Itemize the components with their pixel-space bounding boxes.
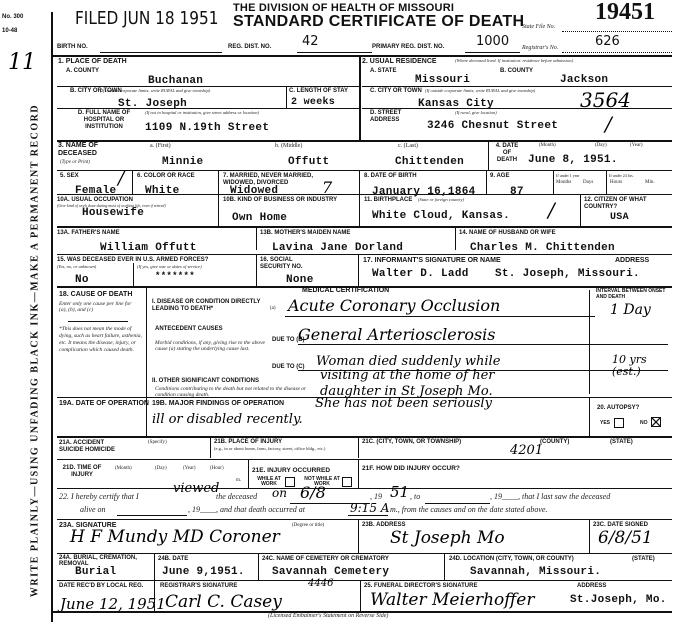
business: Own Home (232, 212, 287, 224)
armed-forces-note: (Yes, no, or unknown) (57, 264, 96, 270)
informant-address-label: ADDRESS (615, 257, 649, 264)
injury-state-label: (STATE) (610, 439, 633, 446)
antecedent-causes-label: ANTECEDENT CAUSES (155, 326, 223, 333)
length-of-stay-label: c. LENGTH OF STAY (289, 88, 348, 95)
hours-label: Hours (610, 180, 622, 186)
date-of-birth-label: 8. DATE OF BIRTH (364, 173, 417, 180)
months-label: Months (556, 180, 571, 186)
autopsy-no-checkbox[interactable] (651, 417, 661, 427)
physician-address: St Joseph Mo (390, 528, 505, 548)
accident-specify: (Specify) (148, 440, 167, 446)
local-reg-date-label: DATE REC'D BY LOCAL REG. (59, 583, 149, 590)
registrar-no: 626 (595, 34, 620, 49)
place-of-death-label: 1. PLACE OF DEATH (58, 58, 127, 65)
burial-date: June 9,1951. (162, 566, 245, 578)
operation-date-label: 19a. DATE OF OPERATION (59, 400, 149, 407)
hospital-label: d. FULL NAME OF HOSPITAL OR INSTITUTION (70, 110, 138, 131)
filed-stamp: FILED JUN 18 1951 (75, 8, 218, 29)
cause-c: Woman died suddenly while (316, 354, 500, 369)
state-file-number: 19451 (595, 0, 655, 26)
certify-date: 6/8 (300, 483, 326, 502)
race: White (145, 185, 180, 197)
certify-text-2: the deceased (216, 494, 257, 500)
form-number: No. 300 (2, 14, 23, 20)
residence-county: Jackson (560, 74, 608, 86)
autopsy-no-label: NO (640, 420, 648, 427)
residence-city-note: (If outside corporate limits, write RURA… (425, 88, 535, 94)
operation-findings-label: 19b. MAJOR FINDINGS OF OPERATION (152, 400, 284, 407)
burial-location: Savannah, Missouri. (470, 566, 601, 578)
father-name-label: 13a. FATHER'S NAME (57, 230, 120, 237)
residence-state-label: a. STATE (370, 68, 396, 75)
sex-label: 5. SEX (60, 173, 79, 180)
cause-footnote: *This does not mean the mode of dying, s… (59, 326, 143, 354)
x-mark-icon (652, 418, 660, 426)
state-file-no-label: State File No. (522, 24, 555, 30)
accident-label: 21a. ACCIDENT SUICIDE HOMICIDE (59, 440, 129, 454)
informant-name: Walter D. Ladd (372, 268, 469, 280)
registrar-signature-label: REGISTRAR'S SIGNATURE (160, 583, 237, 590)
injury-hour-label: (Hour) (210, 466, 224, 472)
autopsy-label: 20. AUTOPSY? (597, 405, 639, 412)
time-of-injury-label: 21d. TIME OF INJURY (59, 465, 105, 479)
birthplace-note: (State or foreign country) (418, 197, 464, 203)
certify-text-1: 22. I hereby certify that I (59, 494, 139, 500)
certify-text-4: , 19____, and that death occurred at (188, 507, 305, 513)
time-of-death: 9:15 A (350, 501, 389, 515)
physician-signature: H F Mundy MD Coroner (70, 527, 280, 547)
burial-method: Burial (75, 566, 116, 578)
autopsy-yes-label: YES (600, 420, 610, 427)
date-of-death-label: 4. DATE OF DEATH (492, 143, 522, 164)
length-of-stay: 2 weeks (291, 97, 335, 108)
certify-on: on (272, 486, 287, 500)
age: 87 (510, 186, 524, 198)
burial-state-label: (State) (632, 556, 655, 563)
other-conditions-line1: visiting at the home of her (320, 368, 494, 383)
operation-findings-line2: ill or disabled recently. (152, 412, 303, 427)
funeral-address-label: ADDRESS (577, 583, 606, 590)
cemetery-label: 24c. NAME OF CEMETERY OR CREMATORY (262, 556, 389, 563)
certify-text-5: m., from the causes and on the date stat… (390, 507, 547, 513)
race-label: 6. COLOR OR RACE (137, 173, 195, 180)
spouse-name: Charles M. Chittenden (470, 242, 615, 254)
dod-year-label: (Year) (630, 143, 643, 149)
first-name: Minnie (162, 156, 203, 168)
funeral-director-label: 25. FUNERAL DIRECTOR'S SIGNATURE (364, 583, 477, 590)
other-conditions-label: II. OTHER SIGNIFICANT CONDITIONS (152, 378, 259, 385)
form-revision: 10-48 (2, 28, 17, 34)
left-border (51, 12, 53, 622)
injury-code: 4201 (510, 443, 543, 458)
primary-reg-dist-no-label: PRIMARY REG. DIST. NO. (372, 44, 444, 51)
not-while-at-work-checkbox[interactable] (342, 477, 352, 487)
injury-year-label: (Year) (183, 466, 196, 472)
injury-m-label: m. (236, 478, 241, 484)
hospital-note: (If not in hospital or institution, give… (145, 110, 259, 116)
medical-certification-label: MEDICAL CERTIFICATION (302, 287, 389, 294)
funeral-address: St.Joseph, Mo. (570, 594, 667, 606)
dod-month-label: (Month) (539, 143, 556, 149)
reg-dist-no: 42 (302, 34, 319, 49)
interval-label: INTERVAL BETWEEN ONSET AND DEATH (596, 288, 672, 300)
date-of-death: June 8, 1951. (528, 154, 618, 166)
burial-date-label: 24b. DATE (158, 556, 188, 563)
informant-address: St. Joseph, Missouri. (495, 268, 640, 280)
birthplace-label: 11. BIRTHPLACE (364, 197, 412, 204)
how-injury-label: 21f. HOW DID INJURY OCCUR? (362, 465, 460, 472)
cemetery: Savannah Cemetery (272, 566, 389, 578)
certify-year: 51 (390, 483, 409, 501)
certify-text-3: , 19____, that I last saw the deceased (490, 494, 610, 500)
registrar-signature: Carl C. Casey (165, 592, 282, 612)
name-note: (Type or Print) (60, 160, 90, 166)
antecedent-note: Morbid conditions, if any, giving rise t… (155, 340, 275, 352)
armed-forces: No (75, 274, 89, 286)
ssn: None (286, 274, 314, 286)
street-address: 3246 Chesnut Street (427, 120, 558, 132)
embalmer-license-no: 4446 (308, 578, 333, 589)
birth-no-label: BIRTH NO. (57, 44, 88, 51)
operation-findings-line1: She has not been seriously (315, 396, 492, 411)
spouse-name-label: 14. NAME OF HUSBAND OR WIFE (459, 230, 556, 237)
injury-month-label: (Month) (115, 466, 132, 472)
disease-label: I. DISEASE OR CONDITION DIRECTLY LEADING… (152, 299, 267, 313)
autopsy-yes-checkbox[interactable] (614, 418, 624, 428)
injury-county-label: (COUNTY) (540, 439, 569, 446)
days-label: Days (583, 180, 593, 186)
ssn-label: 16. SOCIAL SECURITY NO. (260, 257, 320, 271)
injury-city-label: 21c. (CITY, TOWN, OR TOWNSHIP) (362, 439, 461, 446)
cause-of-death-label: 18. CAUSE OF DEATH (59, 291, 132, 298)
certify-alive-on: alive on (80, 507, 106, 513)
registrar-no-label: Registrar's No. (522, 45, 558, 51)
place-of-injury-note: (e.g., in or about home, farm, factory, … (214, 446, 334, 452)
certificate-title: STANDARD CERTIFICATE OF DEATH (233, 13, 524, 31)
reg-dist-no-label: REG. DIST. NO. (228, 44, 271, 51)
degree-label: (Degree or title) (292, 523, 324, 529)
sex-check-mark: / (118, 168, 124, 189)
birthplace: White Cloud, Kansas. (372, 210, 510, 222)
margin-handwriting: 11 (8, 50, 36, 75)
father-name: William Offutt (100, 242, 197, 254)
usual-residence-note: (Where deceased lived. If institution: r… (455, 58, 574, 64)
under-24-hrs-label: If under 24 hrs. (609, 173, 634, 179)
injury-day-label: (Day) (155, 466, 167, 472)
name-of-deceased-label: 3. NAME OF DECEASED (58, 142, 128, 158)
minutes-label: Min. (645, 180, 655, 186)
mother-name: Lavina Jane Dorland (272, 242, 403, 254)
funeral-director-signature: Walter Meierhoffer (370, 590, 535, 610)
residence-state: Missouri (415, 74, 470, 86)
certify-to: , to (410, 494, 420, 500)
business-label: 10b. KIND OF BUSINESS OR INDUSTRY (223, 197, 353, 204)
burial-location-label: 24d. LOCATION (City, town, or county) (449, 556, 574, 563)
residence-county-label: b. COUNTY (500, 68, 533, 75)
margin-instruction: WRITE PLAINLY—USING UNFADING BLACK INK—M… (30, 91, 41, 611)
last-name: Chittenden (395, 156, 464, 168)
injury-occurred-label: 21e. INJURY OCCURRED (252, 467, 330, 474)
age-label: 9. AGE (490, 173, 509, 180)
informant-label: 17. INFORMANT'S SIGNATURE OR NAME (363, 257, 501, 264)
certify-year-prefix: , 19 (370, 494, 382, 500)
primary-reg-dist-no: 1000 (476, 34, 509, 49)
sex: Female (75, 185, 116, 197)
occupation: Housewife (82, 207, 144, 219)
under-1-year-label: If under 1 year (556, 173, 580, 179)
street-check-mark: / (605, 112, 612, 136)
last-name-label: c. (Last) (398, 143, 418, 149)
date-signed: 6/8/51 (598, 528, 653, 548)
citizenship-label: 12. CITIZEN OF WHAT COUNTRY? (584, 197, 672, 211)
place-of-injury-label: 21b. PLACE OF INJURY (214, 439, 282, 446)
middle-name: Offutt (288, 156, 329, 168)
dod-day-label: (Day) (595, 143, 607, 149)
footer-note: (Licensed Embalmer's Statement on Revers… (268, 613, 388, 619)
first-name-label: a. (First) (150, 143, 171, 149)
street-address-label: d. STREET ADDRESS (370, 110, 416, 124)
disease-a-marker: (a) (270, 306, 276, 312)
cause-a: Acute Coronary Occlusion (288, 296, 500, 315)
cause-b: General Arteriosclerosis (298, 325, 496, 344)
marital-status: Widowed (230, 185, 278, 197)
interval-a: 1 Day (610, 302, 651, 318)
mother-name-label: 13b. MOTHER'S MAIDEN NAME (260, 230, 350, 237)
middle-name-label: b. (Middle) (275, 143, 302, 149)
hospital-address: 1109 N.19th Street (145, 122, 269, 134)
street-address-note: (If rural, give location) (455, 110, 497, 116)
death-county-label: a. COUNTY (66, 68, 99, 75)
usual-residence-label: 2. USUAL RESIDENCE (362, 58, 437, 65)
interval-c: 10 yrs (est.) (612, 354, 670, 378)
death-city-note: (If outside corporate limits, write RURA… (100, 88, 210, 94)
citizenship: USA (610, 212, 629, 223)
residence-city-label: c. CITY OR TOWN (370, 88, 422, 95)
service-dates: ******* (155, 271, 195, 281)
certify-viewed: viewed (173, 481, 219, 496)
cause-instruction: Enter only one cause per line for (a), (… (59, 301, 139, 313)
birthplace-check-mark: / (548, 198, 555, 222)
service-dates-note: (If yes, give war or dates of service) (137, 264, 202, 270)
